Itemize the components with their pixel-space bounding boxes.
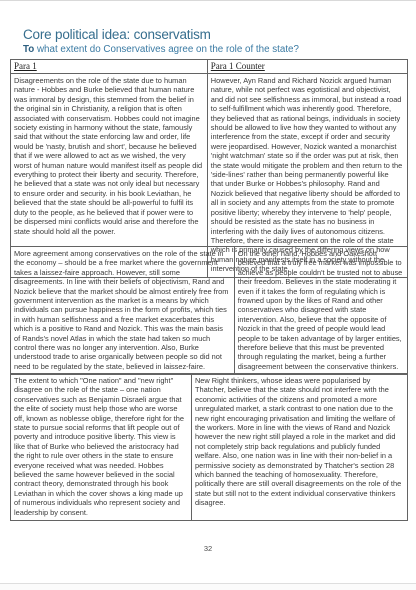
table-para2: More agreement among conservatives on th…: [10, 246, 408, 375]
para2-cell: More agreement among conservatives on th…: [11, 247, 235, 374]
table-para1: Para 1 Para 1 Counter Disagreements on t…: [10, 59, 408, 278]
subtitle-rest: what extent do Conservatives agree on th…: [37, 44, 299, 55]
document-page: Core political idea: conservatism To wha…: [0, 0, 416, 590]
column-header-para1-counter: Para 1 Counter: [208, 60, 407, 73]
para3-cell: The extent to which "One nation" and "ne…: [11, 374, 192, 520]
table-row: The extent to which "One nation" and "ne…: [11, 374, 407, 520]
page-title: Core political idea: conservatism: [23, 27, 211, 42]
column-header-para1-counter-label: Para 1 Counter: [211, 61, 265, 71]
subtitle-lead: To: [23, 44, 34, 55]
para3-counter-cell: New Right thinkers, whose ideas were pop…: [192, 374, 407, 520]
para2-counter-cell: On the other hand, Hobbes and Oakeshott …: [235, 247, 407, 374]
column-header-para1: Para 1: [11, 60, 208, 73]
page-number: 32: [0, 544, 416, 553]
table-header-row: Para 1 Para 1 Counter: [11, 60, 407, 74]
page-subtitle: To what extent do Conservatives agree on…: [23, 44, 299, 55]
column-header-para1-label: Para 1: [14, 61, 37, 71]
table-para3: The extent to which "One nation" and "ne…: [10, 373, 408, 521]
table-row: More agreement among conservatives on th…: [11, 247, 407, 374]
